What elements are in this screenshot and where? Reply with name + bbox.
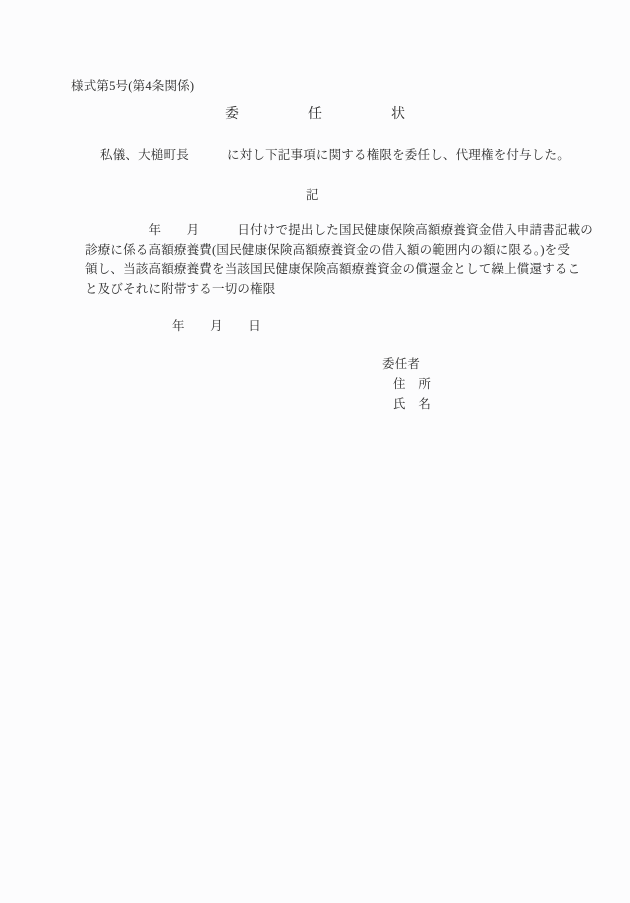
signature-delegator-label: 委任者: [382, 357, 420, 371]
record-marker: 記: [306, 188, 319, 202]
form-number: 様式第5号(第4条関係): [71, 79, 194, 93]
document-title: 委任状: [225, 108, 474, 122]
date-line: 年 月 日: [172, 319, 261, 333]
body-paragraph: 年 月 日付けで提出した国民健康保険高額療養資金借入申請書記載の 診療に係る高額…: [85, 221, 595, 300]
body-line-4: と及びそれに附帯する一切の権限: [85, 280, 595, 300]
body-line-1: 年 月 日付けで提出した国民健康保険高額療養資金借入申請書記載の: [85, 221, 595, 241]
body-line-3: 領し、当該高額療養費を当該国民健康保険高額療養資金の償還金として繰上償還するこ: [85, 260, 595, 280]
signature-address-label: 住 所: [393, 377, 431, 391]
opening-sentence: 私儀、大槌町長 に対し下記事項に関する権限を委任し、代理権を付与した。: [100, 148, 570, 162]
signature-name-label: 氏 名: [393, 397, 431, 411]
document-page: 様式第5号(第4条関係) 委任状 私儀、大槌町長 に対し下記事項に関する権限を委…: [0, 0, 630, 903]
body-line-2: 診療に係る高額療養費(国民健康保険高額療養資金の借入額の範囲内の額に限る。)を受: [85, 241, 595, 261]
